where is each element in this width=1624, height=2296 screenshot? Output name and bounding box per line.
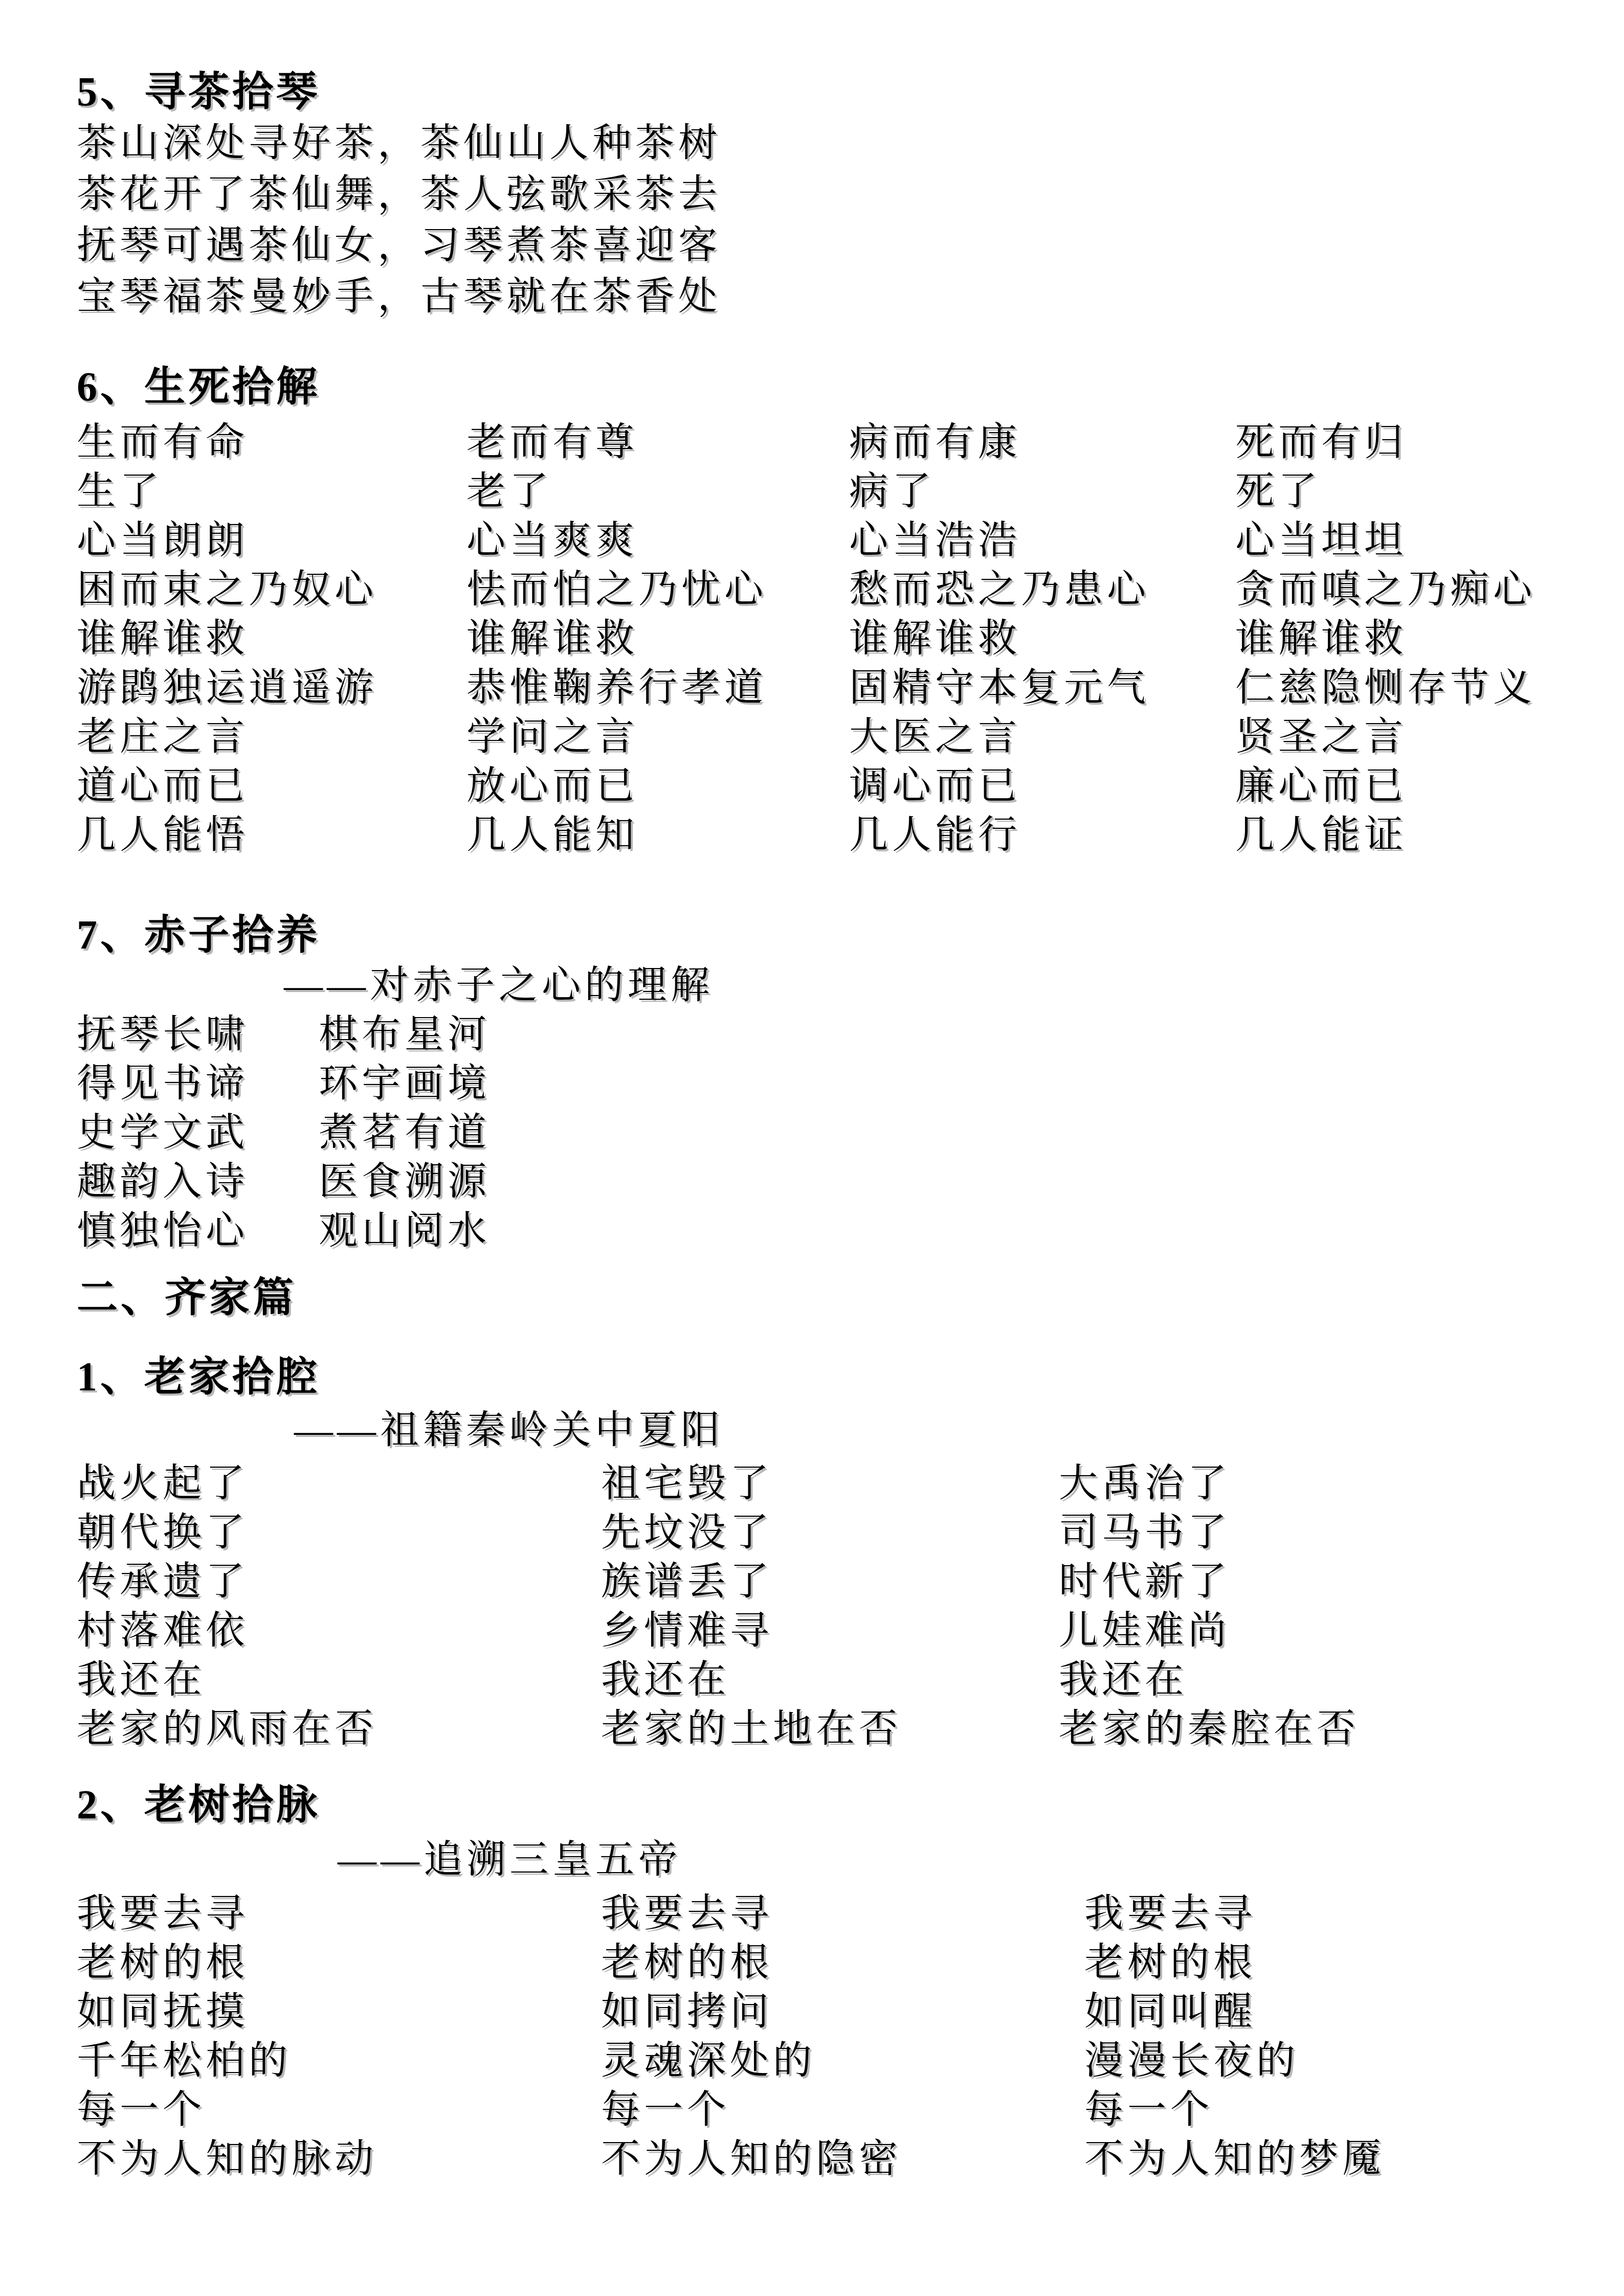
table-cell: 我还在 (1059, 1655, 1593, 1704)
table-cell: 得见书谛 (77, 1059, 319, 1108)
table-cell: 几人能悟 (77, 811, 466, 860)
table-cell: 几人能行 (849, 811, 1235, 860)
section-chizi: 7、赤子拾养 ——对赤子之心的理解 抚琴长啸 棋布星河 得见书谛 环宇画境 史学… (77, 910, 1593, 1255)
table-cell: 病了 (849, 467, 1235, 516)
table-cell: 心当朗朗 (77, 516, 466, 565)
table-cell: 老家的土地在否 (601, 1704, 1059, 1753)
table-cell: 趣韵入诗 (77, 1157, 319, 1206)
section-shengsi: 6、生死拾解 生而有命 老而有尊 病而有康 死而有归 生了 老了 病了 死了 心… (77, 362, 1593, 860)
table-cell: 心当坦坦 (1235, 516, 1593, 565)
table-cell: 不为人知的梦魇 (1084, 2134, 1593, 2184)
table-cell: 老树的根 (1084, 1938, 1593, 1987)
table-cell: 老树的根 (77, 1938, 601, 1987)
table-cell: 朝代换了 (77, 1508, 601, 1557)
table-cell: 固精守本复元气 (849, 663, 1235, 712)
poem-line: 茶山深处寻好茶，茶仙山人种茶树 (77, 118, 1593, 169)
table-cell: 棋布星河 (319, 1010, 1593, 1059)
table-cell: 老树的根 (601, 1938, 1084, 1987)
table-cell: 老庄之言 (77, 712, 466, 761)
part-heading: 二、齐家篇 (77, 1272, 1593, 1323)
table-cell: 我还在 (77, 1655, 601, 1704)
table-cell: 放心而已 (466, 761, 849, 811)
table-cell: 每一个 (1084, 2085, 1593, 2134)
table-cell: 贪而嗔之乃痴心 (1235, 565, 1593, 614)
section-tea: 5、寻茶拾琴 茶山深处寻好茶，茶仙山人种茶树 茶花开了茶仙舞，茶人弦歌采茶去 抚… (77, 66, 1593, 322)
poem-line: 宝琴福茶曼妙手，古琴就在茶香处 (77, 271, 1593, 322)
table-cell: 大医之言 (849, 712, 1235, 761)
table-cell: 生而有命 (77, 418, 466, 467)
table-cell: 愁而恐之乃患心 (849, 565, 1235, 614)
table-cell: 我要去寻 (601, 1889, 1084, 1938)
table-cell: 史学文武 (77, 1108, 319, 1157)
table-cell: 谁解谁救 (466, 614, 849, 663)
table-cell: 老家的风雨在否 (77, 1704, 601, 1753)
table-cell: 老而有尊 (466, 418, 849, 467)
section-title: 1、老家拾腔 (77, 1352, 1593, 1403)
table-cell: 煮茗有道 (319, 1108, 1593, 1157)
section-subtitle: ——对赤子之心的理解 (77, 961, 1593, 1010)
table-cell: 谁解谁救 (77, 614, 466, 663)
table-cell: 祖宅毁了 (601, 1459, 1059, 1508)
table-cell: 大禹治了 (1059, 1459, 1593, 1508)
table-cell: 老了 (466, 467, 849, 516)
table-cell: 如同拷问 (601, 1987, 1084, 2036)
laojia-table: 战火起了 祖宅毁了 大禹治了 朝代换了 先坟没了 司马书了 传承遗了 族谱丢了 … (77, 1459, 1593, 1753)
table-cell: 我要去寻 (1084, 1889, 1593, 1938)
table-cell: 不为人知的脉动 (77, 2134, 601, 2184)
table-cell: 村落难依 (77, 1606, 601, 1655)
table-cell: 怯而怕之乃忧心 (466, 565, 849, 614)
table-cell: 不为人知的隐密 (601, 2134, 1084, 2184)
table-cell: 死而有归 (1235, 418, 1593, 467)
chizi-table: 抚琴长啸 棋布星河 得见书谛 环宇画境 史学文武 煮茗有道 趣韵入诗 医食溯源 … (77, 1010, 1593, 1255)
table-cell: 司马书了 (1059, 1508, 1593, 1557)
table-cell: 先坟没了 (601, 1508, 1059, 1557)
table-cell: 老家的秦腔在否 (1059, 1704, 1593, 1753)
table-cell: 调心而已 (849, 761, 1235, 811)
table-cell: 游鹍独运逍遥游 (77, 663, 466, 712)
section-subtitle: ——追溯三皇五帝 (77, 1835, 1593, 1884)
table-cell: 道心而已 (77, 761, 466, 811)
poem-line: 抚琴可遇茶仙女，习琴煮茶喜迎客 (77, 220, 1593, 271)
table-cell: 医食溯源 (319, 1157, 1593, 1206)
table-cell: 乡情难寻 (601, 1606, 1059, 1655)
table-cell: 贤圣之言 (1235, 712, 1593, 761)
table-cell: 时代新了 (1059, 1557, 1593, 1606)
table-cell: 传承遗了 (77, 1557, 601, 1606)
section-title: 7、赤子拾养 (77, 910, 1593, 961)
table-cell: 生了 (77, 467, 466, 516)
section-subtitle: ——祖籍秦岭关中夏阳 (77, 1406, 1593, 1455)
table-cell: 每一个 (601, 2085, 1084, 2134)
table-cell: 心当浩浩 (849, 516, 1235, 565)
table-cell: 如同叫醒 (1084, 1987, 1593, 2036)
table-cell: 我还在 (601, 1655, 1059, 1704)
table-cell: 如同抚摸 (77, 1987, 601, 2036)
table-cell: 观山阅水 (319, 1206, 1593, 1255)
section-title: 5、寻茶拾琴 (77, 66, 1593, 118)
table-cell: 心当爽爽 (466, 516, 849, 565)
table-cell: 慎独怡心 (77, 1206, 319, 1255)
table-cell: 漫漫长夜的 (1084, 2036, 1593, 2085)
table-cell: 族谱丢了 (601, 1557, 1059, 1606)
laoshu-table: 我要去寻 我要去寻 我要去寻 老树的根 老树的根 老树的根 如同抚摸 如同拷问 … (77, 1889, 1593, 2184)
table-cell: 几人能证 (1235, 811, 1593, 860)
table-cell: 病而有康 (849, 418, 1235, 467)
table-cell: 灵魂深处的 (601, 2036, 1084, 2085)
section-laojia: 1、老家拾腔 ——祖籍秦岭关中夏阳 战火起了 祖宅毁了 大禹治了 朝代换了 先坟… (77, 1352, 1593, 1753)
table-cell: 每一个 (77, 2085, 601, 2134)
table-cell: 环宇画境 (319, 1059, 1593, 1108)
table-cell: 儿娃难尚 (1059, 1606, 1593, 1655)
table-cell: 谁解谁救 (849, 614, 1235, 663)
table-cell: 困而束之乃奴心 (77, 565, 466, 614)
table-cell: 恭惟鞠养行孝道 (466, 663, 849, 712)
table-cell: 战火起了 (77, 1459, 601, 1508)
table-cell: 我要去寻 (77, 1889, 601, 1938)
poem-line: 茶花开了茶仙舞，茶人弦歌采茶去 (77, 169, 1593, 220)
table-cell: 抚琴长啸 (77, 1010, 319, 1059)
table-cell: 仁慈隐恻存节义 (1235, 663, 1593, 712)
section-title: 2、老树拾脉 (77, 1780, 1593, 1831)
table-cell: 死了 (1235, 467, 1593, 516)
section-laoshu: 2、老树拾脉 ——追溯三皇五帝 我要去寻 我要去寻 我要去寻 老树的根 老树的根… (77, 1780, 1593, 2184)
document-page: 5、寻茶拾琴 茶山深处寻好茶，茶仙山人种茶树 茶花开了茶仙舞，茶人弦歌采茶去 抚… (0, 0, 1624, 2296)
section-title: 6、生死拾解 (77, 362, 1593, 413)
table-cell: 几人能知 (466, 811, 849, 860)
table-cell: 学问之言 (466, 712, 849, 761)
shengsi-table: 生而有命 老而有尊 病而有康 死而有归 生了 老了 病了 死了 心当朗朗 心当爽… (77, 418, 1593, 860)
table-cell: 廉心而已 (1235, 761, 1593, 811)
table-cell: 谁解谁救 (1235, 614, 1593, 663)
table-cell: 千年松柏的 (77, 2036, 601, 2085)
